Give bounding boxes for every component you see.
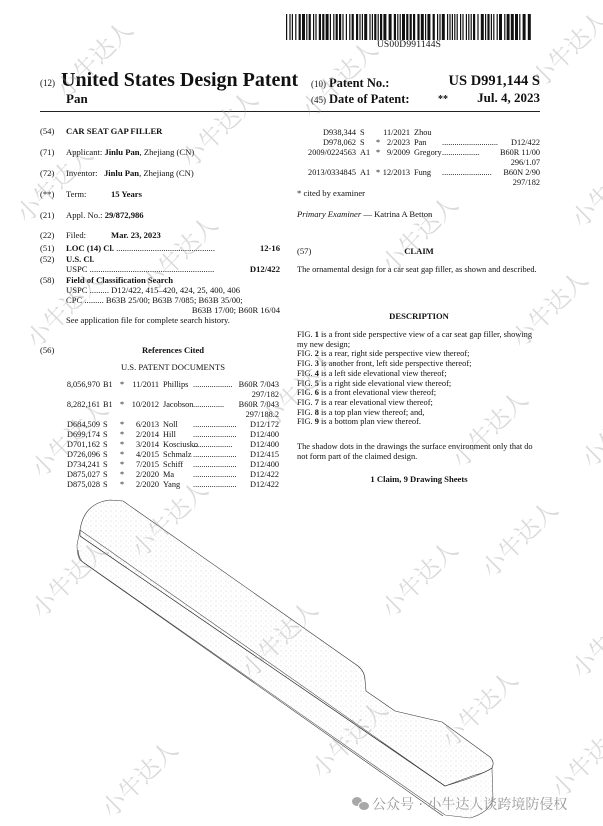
wechat-icon xyxy=(352,797,368,810)
gap-filler-top-face xyxy=(80,500,493,786)
design-drawing-fig1 xyxy=(0,0,603,826)
footer-watermark-text: 公众号 · 小牛达人谈跨境防侵权 xyxy=(372,797,567,813)
footer-watermark: 公众号 · 小牛达人谈跨境防侵权 xyxy=(352,794,567,814)
